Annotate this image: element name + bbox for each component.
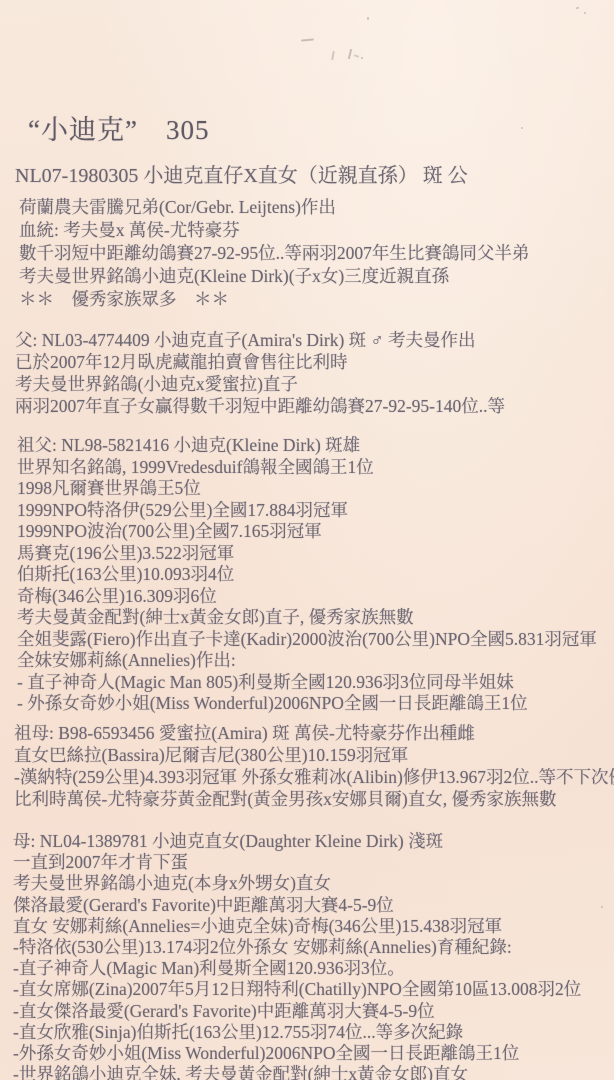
text-line: 考夫曼黃金配對(紳士x黃金女郎)直子, 優秀家族無數	[17, 607, 614, 629]
text-line: 1999NPO波治(700公里)全國7.165羽冠軍	[17, 521, 614, 543]
pencil-mark	[354, 54, 359, 58]
text-line: -直女欣雅(Sinja)伯斯托(163公里)12.755羽74位...等多次紀錄	[13, 1022, 614, 1043]
text-line: 血統: 考夫曼x 萬侯-尤特豪芬	[19, 219, 614, 242]
text-line: 祖父: NL98-5821416 小迪克(Kleine Dirk) 斑雄	[17, 435, 614, 457]
text-line: 全妹安娜莉絲(Annelies)作出:	[17, 650, 614, 672]
scanned-pedigree-page: “小迪克” 305 NL07-1980305 小迪克直仔X直女（近親直孫） 斑 …	[0, 0, 614, 1080]
section-grandfather: 祖父: NL98-5821416 小迪克(Kleine Dirk) 斑雄世界知名…	[17, 435, 614, 715]
text-line: 父: NL03-4774409 小迪克直子(Amira's Dirk) 斑 ♂ …	[15, 329, 614, 351]
section-mother: 母: NL04-1389781 小迪克直女(Daughter Kleine Di…	[13, 831, 614, 1080]
text-line: -世界銘鴿小迪克全妹, 考夫曼黃金配對(紳士x黃金女郎)直女	[13, 1064, 614, 1080]
text-line: 全姐斐露(Fiero)作出直子卡達(Kadir)2000波治(700公里)NPO…	[17, 629, 614, 651]
scan-speck	[576, 6, 580, 9]
text-line: ＊＊ 優秀家族眾多 ＊＊	[19, 288, 614, 311]
ring-number-line: NL07-1980305 小迪克直仔X直女（近親直孫） 斑 公	[15, 159, 468, 188]
text-line: -直子神奇人(Magic Man)利曼斯全國120.936羽3位。	[13, 958, 614, 979]
pencil-mark	[361, 57, 363, 59]
section-grandmother: 祖母: B98-6593456 愛蜜拉(Amira) 斑 萬侯-尤特豪芬作出種雌…	[14, 722, 614, 810]
text-line: 直女巴絲拉(Bassira)尼爾吉尼(380公里)10.159羽冠軍	[14, 744, 614, 766]
section-father: 父: NL03-4774409 小迪克直子(Amira's Dirk) 斑 ♂ …	[15, 329, 614, 417]
pencil-mark	[301, 38, 314, 41]
text-line: 兩羽2007年直子女贏得數千羽短中距離幼鴿賽27-92-95-140位..等	[15, 395, 614, 417]
text-line: - 直子神奇人(Magic Man 805)利曼斯全國120.936羽3位同母半…	[17, 672, 614, 694]
text-line: 直女 安娜莉絲(Annelies=小迪克全妹)奇梅(346公里)15.438羽冠…	[13, 916, 614, 937]
text-line: 馬賽克(196公里)3.522羽冠軍	[17, 543, 614, 565]
text-line: 數千羽短中距離幼鴿賽27-92-95位..等兩羽2007年生比賽鴿同父半弟	[19, 242, 614, 265]
scan-speck	[521, 127, 523, 129]
scan-speck	[601, 906, 603, 908]
pencil-mark	[348, 49, 352, 59]
text-line: 世界知名銘鴿, 1999Vredesduif鴿報全國鴿王1位	[17, 457, 614, 479]
section-intro: 荷蘭農夫雷騰兄弟(Cor/Gebr. Leijtens)作出血統: 考夫曼x 萬…	[19, 196, 614, 311]
text-line: 比利時萬侯-尤特豪芬黃金配對(黃金男孩x安娜貝爾)直女, 優秀家族無數	[14, 788, 614, 810]
text-line: 一直到2007年才肯下蛋	[13, 852, 614, 873]
text-line: -漢納特(259公里)4.393羽冠軍 外孫女雅莉冰(Alibin)修伊13.9…	[14, 766, 614, 788]
text-line: - 外孫女奇妙小姐(Miss Wonderful)2006NPO全國一日長距離鴿…	[17, 693, 614, 715]
text-line: 考夫曼世界銘鴿小迪克(本身x外甥女)直女	[13, 873, 614, 894]
scan-speck	[584, 12, 586, 14]
text-line: 伯斯托(163公里)10.093羽4位	[17, 564, 614, 586]
text-line: 考夫曼世界銘鴿小迪克(Kleine Dirk)(子x女)三度近親直孫	[19, 265, 614, 288]
text-line: 考夫曼世界銘鴿(小迪克x愛蜜拉)直子	[15, 373, 614, 395]
text-line: -特洛依(530公里)13.174羽2位外孫女 安娜莉絲(Annelies)育種…	[13, 937, 614, 958]
text-line: 奇梅(346公里)16.309羽6位	[17, 586, 614, 608]
text-line: 母: NL04-1389781 小迪克直女(Daughter Kleine Di…	[13, 831, 614, 852]
text-line: 1999NPO特洛伊(529公里)全國17.884羽冠軍	[17, 500, 614, 522]
scan-speck	[367, 17, 369, 20]
text-line: 1998凡爾賽世界鴿王5位	[17, 478, 614, 500]
text-line: 已於2007年12月臥虎藏龍拍賣會售往比利時	[15, 351, 614, 373]
text-line: -直女傑洛最愛(Gerard's Favorite)中距離萬羽大賽4-5-9位	[13, 1001, 614, 1022]
text-line: -外孫女奇妙小姐(Miss Wonderful)2006NPO全國一日長距離鴿王…	[13, 1043, 614, 1064]
page-title: “小迪克” 305	[28, 108, 209, 147]
text-line: -直女席娜(Zina)2007年5月12日翔特利(Chatilly)NPO全國第…	[13, 979, 614, 1000]
pencil-mark	[331, 51, 335, 60]
text-line: 祖母: B98-6593456 愛蜜拉(Amira) 斑 萬侯-尤特豪芬作出種雌	[14, 722, 614, 744]
text-line: 傑洛最愛(Gerard's Favorite)中距離萬羽大賽4-5-9位	[13, 895, 614, 916]
text-line: 荷蘭農夫雷騰兄弟(Cor/Gebr. Leijtens)作出	[19, 196, 614, 219]
